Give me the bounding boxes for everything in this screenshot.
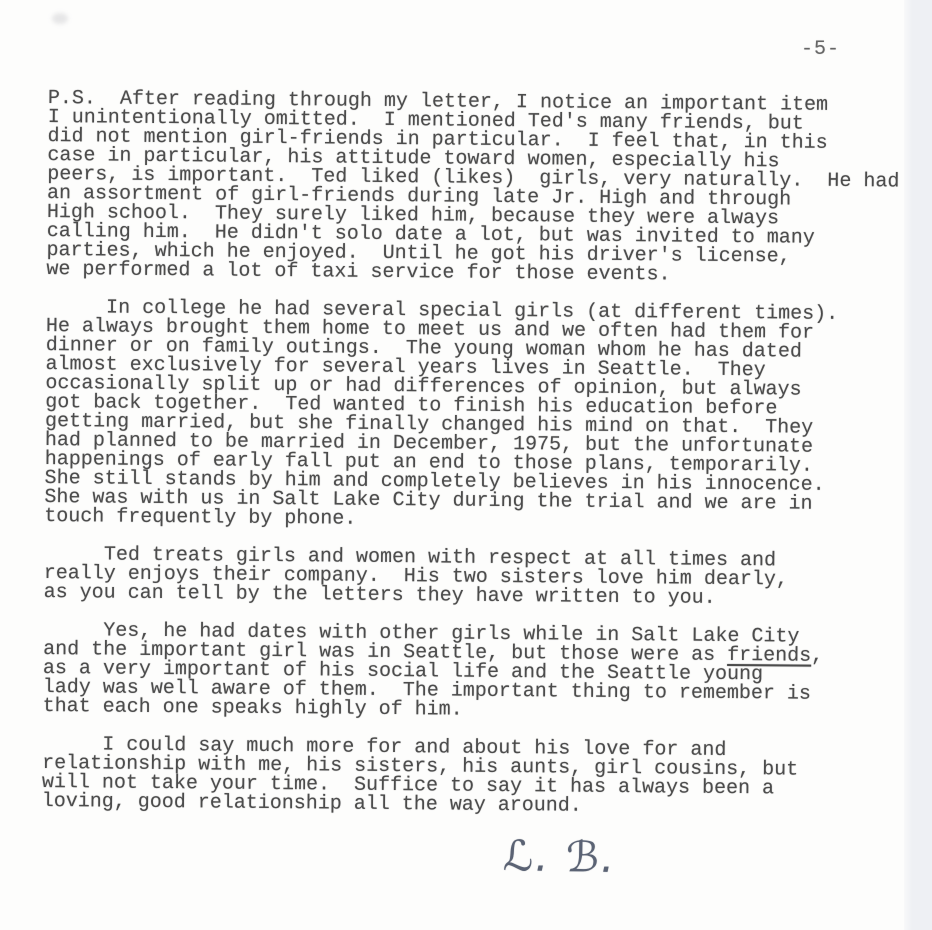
paragraph-closing: I could say much more for and about his …	[42, 735, 913, 819]
paragraph-college-special-girls: In college he had several special girls …	[44, 298, 916, 534]
paragraph-ps-girlfriends: P.S. After reading through my letter, I …	[46, 89, 918, 287]
handwritten-signature-initials: ℒ. ℬ.	[503, 832, 617, 882]
scan-smudge	[52, 13, 68, 24]
paragraph-respect: Ted treats girls and women with respect …	[44, 545, 914, 610]
scanned-letter-page: -5- P.S. After reading through my letter…	[0, 0, 932, 930]
letter-body: P.S. After reading through my letter, I …	[42, 89, 918, 838]
paragraph-dates-friends: Yes, he had dates with other girls while…	[43, 621, 914, 724]
page-number: -5-	[801, 40, 840, 59]
